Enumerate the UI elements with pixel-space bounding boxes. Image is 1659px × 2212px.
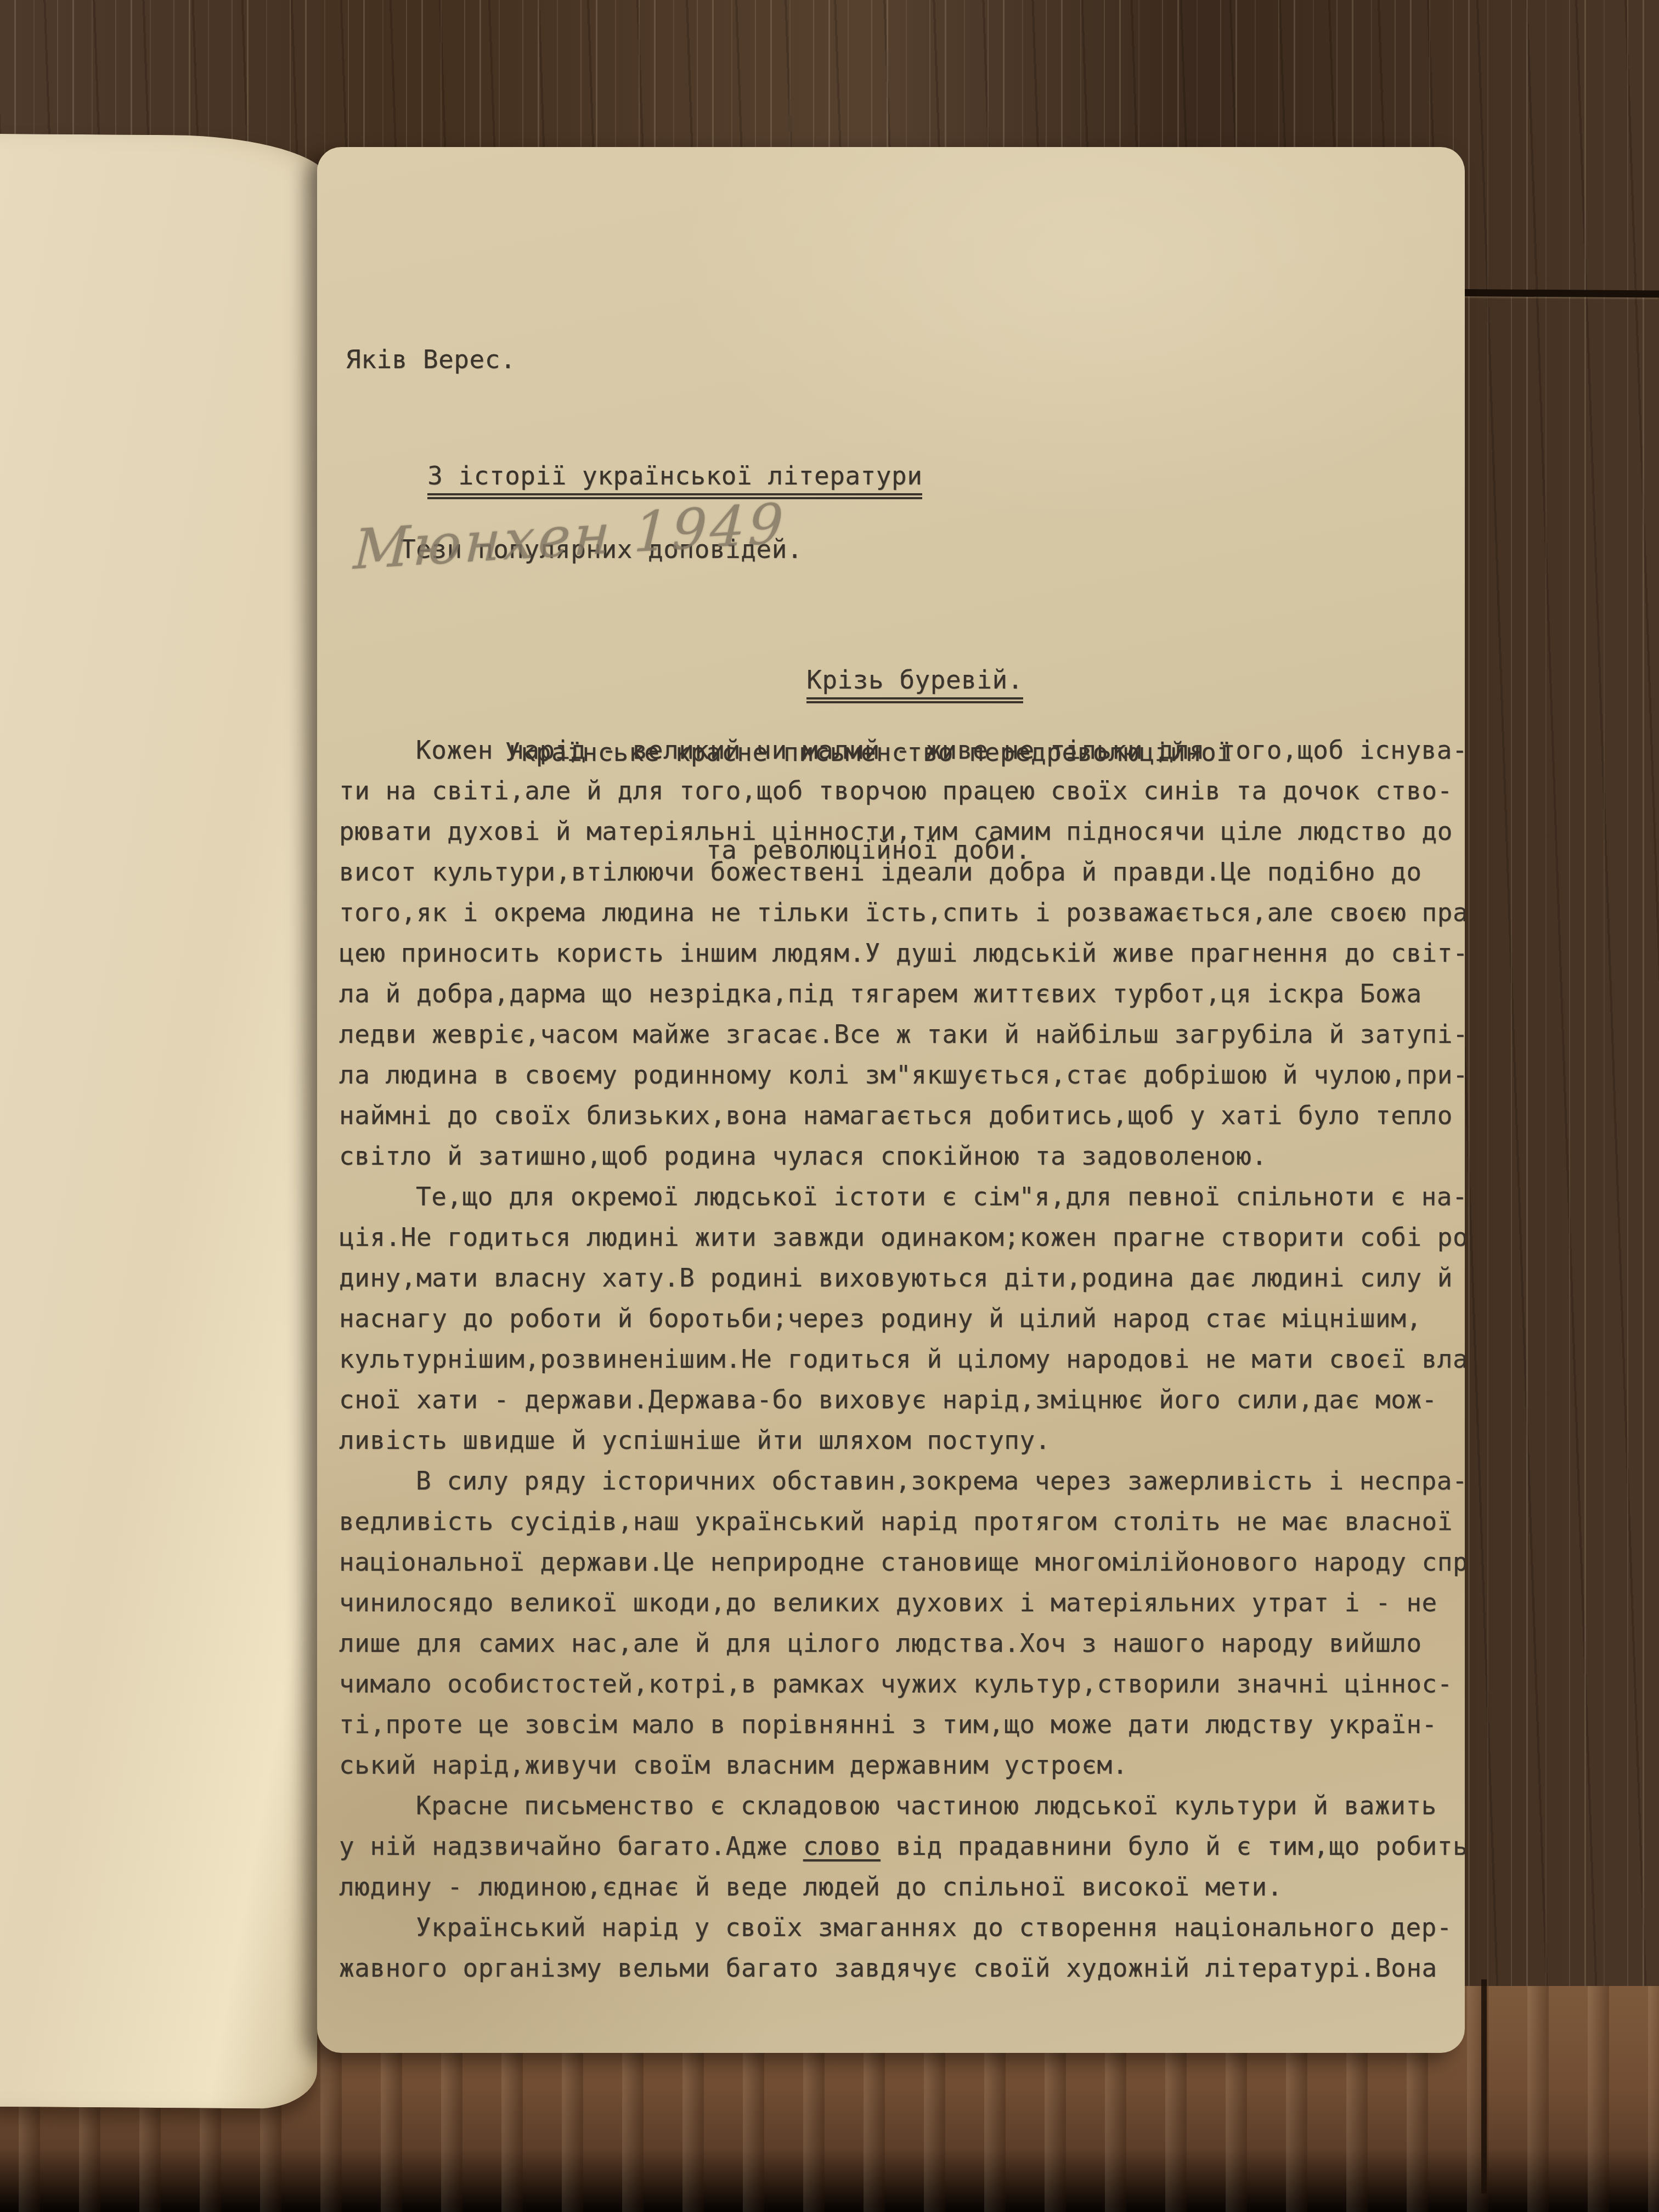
body-line: ледви жевріє,часом майже згасає.Все ж та… (339, 1014, 1464, 1054)
body-line: Український нарід у своїх змаганнях до с… (339, 1907, 1464, 1948)
section-heading: Крізь буревій. (806, 664, 1023, 703)
body-line: ський нарід,живучи своїм власним державн… (339, 1745, 1464, 1785)
wood-seam-vertical (1481, 1979, 1487, 2193)
body-line: Красне письменство є складовою частиною … (339, 1785, 1464, 1826)
body-line: у ній надзвичайно багато.Адже слово від … (339, 1826, 1464, 1866)
body-line: наснагу до роботи й боротьби;через родин… (339, 1298, 1464, 1339)
photo-background: Яків Верес. З історії української літера… (0, 0, 1659, 2212)
body-line: ція.Не годиться людині жити завжди одина… (339, 1217, 1464, 1257)
typescript-page: Яків Верес. З історії української літера… (317, 147, 1465, 2053)
body-line: висот культури,втілюючи божествені ідеал… (339, 851, 1464, 892)
body-line: ла людина в своєму родинному колі зм"якш… (339, 1054, 1464, 1095)
body-line: цею приносить користь іншим людям.У душі… (339, 933, 1464, 973)
body-line: сної хати - держави.Держава-бо виховує н… (339, 1379, 1464, 1420)
body-line: ведливість сусідів,наш український нарід… (339, 1501, 1464, 1542)
body-line: того,як і окрема людина не тільки їсть,с… (339, 892, 1464, 933)
body-line: рювати духові й матеріяльні цінности,тим… (339, 811, 1464, 851)
blank-page (0, 134, 331, 2109)
body-line: чимало особистостей,котрі,в рамках чужих… (339, 1663, 1464, 1704)
body-line: наймні до своїх близьких,вона намагаєтьс… (339, 1095, 1464, 1136)
body-line: національної держави.Це неприродне стано… (339, 1542, 1464, 1582)
body-line: культурнішим,розвиненішим.Не годиться й … (339, 1339, 1464, 1379)
body-line: жавного організму вельми багато завдячує… (339, 1948, 1464, 1988)
body-line: чинилосядо великої шкоди,до великих духо… (339, 1582, 1464, 1623)
body-line: ти на світі,але й для того,щоб творчою п… (339, 770, 1464, 811)
body-line: Те,що для окремої людської істоти є сім"… (339, 1176, 1464, 1217)
body-line: лише для самих нас,але й для цілого людс… (339, 1623, 1464, 1663)
body-line: людину - людиною,єднає й веде людей до с… (339, 1866, 1464, 1907)
body-line: ті,проте це зовсім мало в порівнянні з т… (339, 1704, 1464, 1745)
body-line: світло й затишно,щоб родина чулася спокі… (339, 1136, 1464, 1176)
body-line: ливість швидше й успішніше йти шляхом по… (339, 1420, 1464, 1460)
series-title: З історії української літератури (427, 460, 922, 499)
body-line: дину,мати власну хату.В родині виховують… (339, 1257, 1464, 1298)
body-line: В силу ряду історичних обставин,зокрема … (339, 1460, 1464, 1501)
body-line: ла й добра,дарма що незрідка,під тягарем… (339, 973, 1464, 1014)
author-line: Яків Верес. (346, 343, 516, 375)
body-line: Кожен нарід - великий чи малий - живе не… (339, 730, 1464, 770)
body-text: Кожен нарід - великий чи малий - живе не… (339, 730, 1464, 1988)
